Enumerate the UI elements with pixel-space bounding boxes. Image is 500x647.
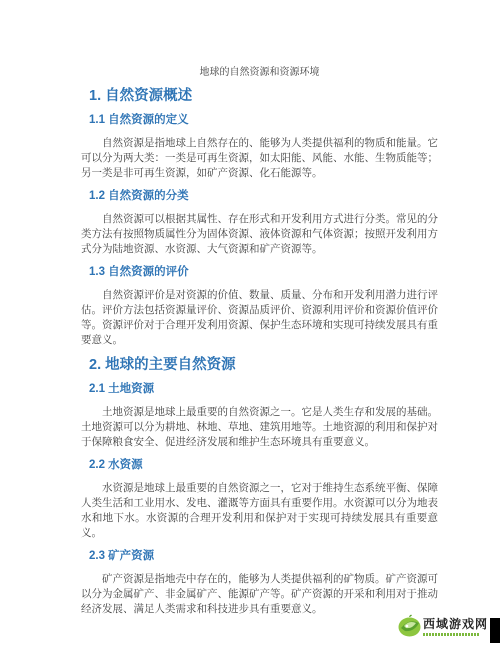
watermark-tagline-strip <box>423 633 479 636</box>
leaf-logo-icon <box>398 614 421 638</box>
paragraph-mineral-resources: 矿产资源是指地壳中存在的，能够为人类提供福利的矿物质。矿产资源可以分为金属矿产、… <box>81 572 438 617</box>
paragraph-land-resources: 土地资源是地球上最重要的自然资源之一。它是人类生存和发展的基础。土地资源可以分为… <box>81 405 438 450</box>
paragraph-evaluation: 自然资源评价是对资源的价值、数量、质量、分布和开发利用潜力进行评估。评价方法包括… <box>81 288 438 348</box>
paragraph-classification: 自然资源可以根据其属性、存在形式和开发利用方式进行分类。常见的分类方法有按照物质… <box>81 212 438 257</box>
heading-1-1-definition: 1.1 自然资源的定义 <box>81 114 438 127</box>
heading-1-2-classification: 1.2 自然资源的分类 <box>81 190 438 203</box>
heading-2-2-water-resources: 2.2 水资源 <box>81 459 438 472</box>
document-body: 地球的自然资源和资源环境 1. 自然资源概述 1.1 自然资源的定义 自然资源是… <box>81 66 438 624</box>
heading-2-major-natural-resources: 2. 地球的主要自然资源 <box>81 357 438 374</box>
watermark-text-column: 西域游戏网 <box>423 611 488 636</box>
watermark-site-name: 西域游戏网 <box>423 617 488 631</box>
site-watermark: 西域游戏网 <box>398 611 500 643</box>
page: 地球的自然资源和资源环境 1. 自然资源概述 1.1 自然资源的定义 自然资源是… <box>0 0 500 647</box>
heading-1-natural-resources-overview: 1. 自然资源概述 <box>81 88 438 105</box>
heading-2-1-land-resources: 2.1 土地资源 <box>81 383 438 396</box>
heading-2-3-mineral-resources: 2.3 矿产资源 <box>81 550 438 563</box>
watermark-black-box <box>490 618 500 643</box>
document-title: 地球的自然资源和资源环境 <box>81 66 438 79</box>
paragraph-water-resources: 水资源是地球上最重要的自然资源之一，它对于维持生态系统平衡、保障人类生活和工业用… <box>81 481 438 541</box>
heading-1-3-evaluation: 1.3 自然资源的评价 <box>81 266 438 279</box>
paragraph-definition: 自然资源是指地球上自然存在的、能够为人类提供福利的物质和能量。它可以分为两大类：… <box>81 136 438 181</box>
